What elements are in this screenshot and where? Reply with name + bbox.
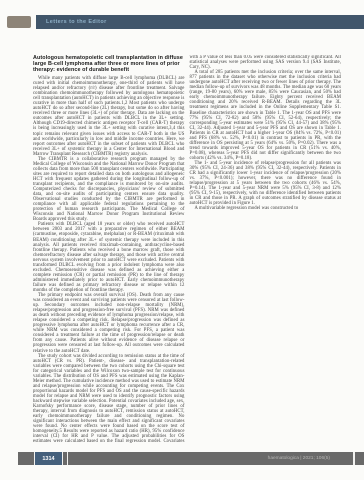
article-paragraph: The CIBMTR is a collaborative research p… xyxy=(33,157,185,223)
article-paragraph: A multivariable regression model was con… xyxy=(190,206,342,211)
footer-edge-notch xyxy=(353,452,355,465)
article-body: Autologous hematopoietic cell transplant… xyxy=(33,55,341,447)
footer-divider xyxy=(67,452,68,465)
page-footer-bar: 1314 haematologica | 2021; 106(5) xyxy=(18,452,364,465)
journal-citation: haematologica | 2021; 106(5) xyxy=(268,456,330,461)
article-paragraph: Patients with DLBCL (aged 18 years or ol… xyxy=(33,222,185,293)
article-title: Autologous hematopoietic cell transplant… xyxy=(33,55,185,73)
section-header-bar: Letters to the Editor xyxy=(36,15,364,29)
article-paragraph: A total of 285 patients met the inclusio… xyxy=(190,70,342,161)
corner-tab xyxy=(7,16,31,28)
section-label: Letters to the Editor xyxy=(36,19,107,25)
journal-page: Letters to the Editor Autologous hematop… xyxy=(0,0,364,480)
article-paragraph: While many patients with diffuse large B… xyxy=(33,76,185,157)
article-paragraph: The primary endpoint was overall surviva… xyxy=(33,293,185,354)
page-number-badge: 1314 xyxy=(34,452,63,465)
article-paragraph: The 1- and 5-year incidence of relapse/p… xyxy=(190,161,342,206)
